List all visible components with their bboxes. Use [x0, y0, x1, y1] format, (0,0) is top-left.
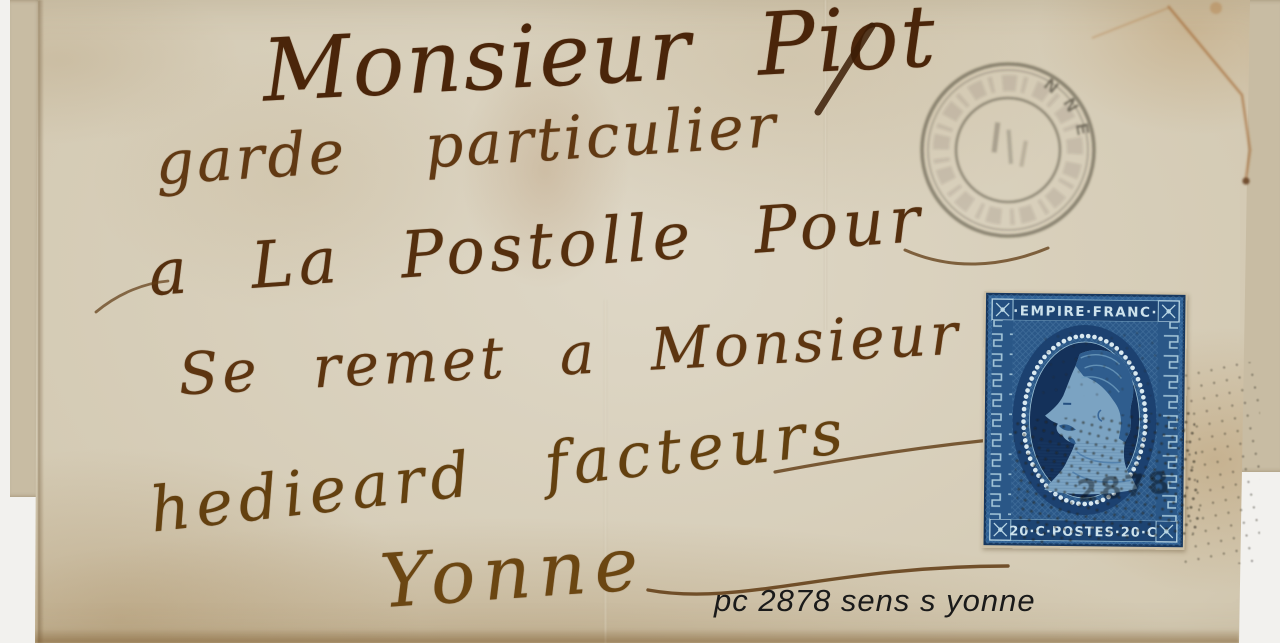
- letter-scan: NNE Monsieur Piot garde particulier a La…: [0, 0, 1280, 643]
- petits-chiffres-cancel: 2878: [1013, 332, 1260, 564]
- cancellation-layer: 2878: [0, 0, 1280, 643]
- caption-text: pc 2878 sens s yonne: [714, 583, 1036, 619]
